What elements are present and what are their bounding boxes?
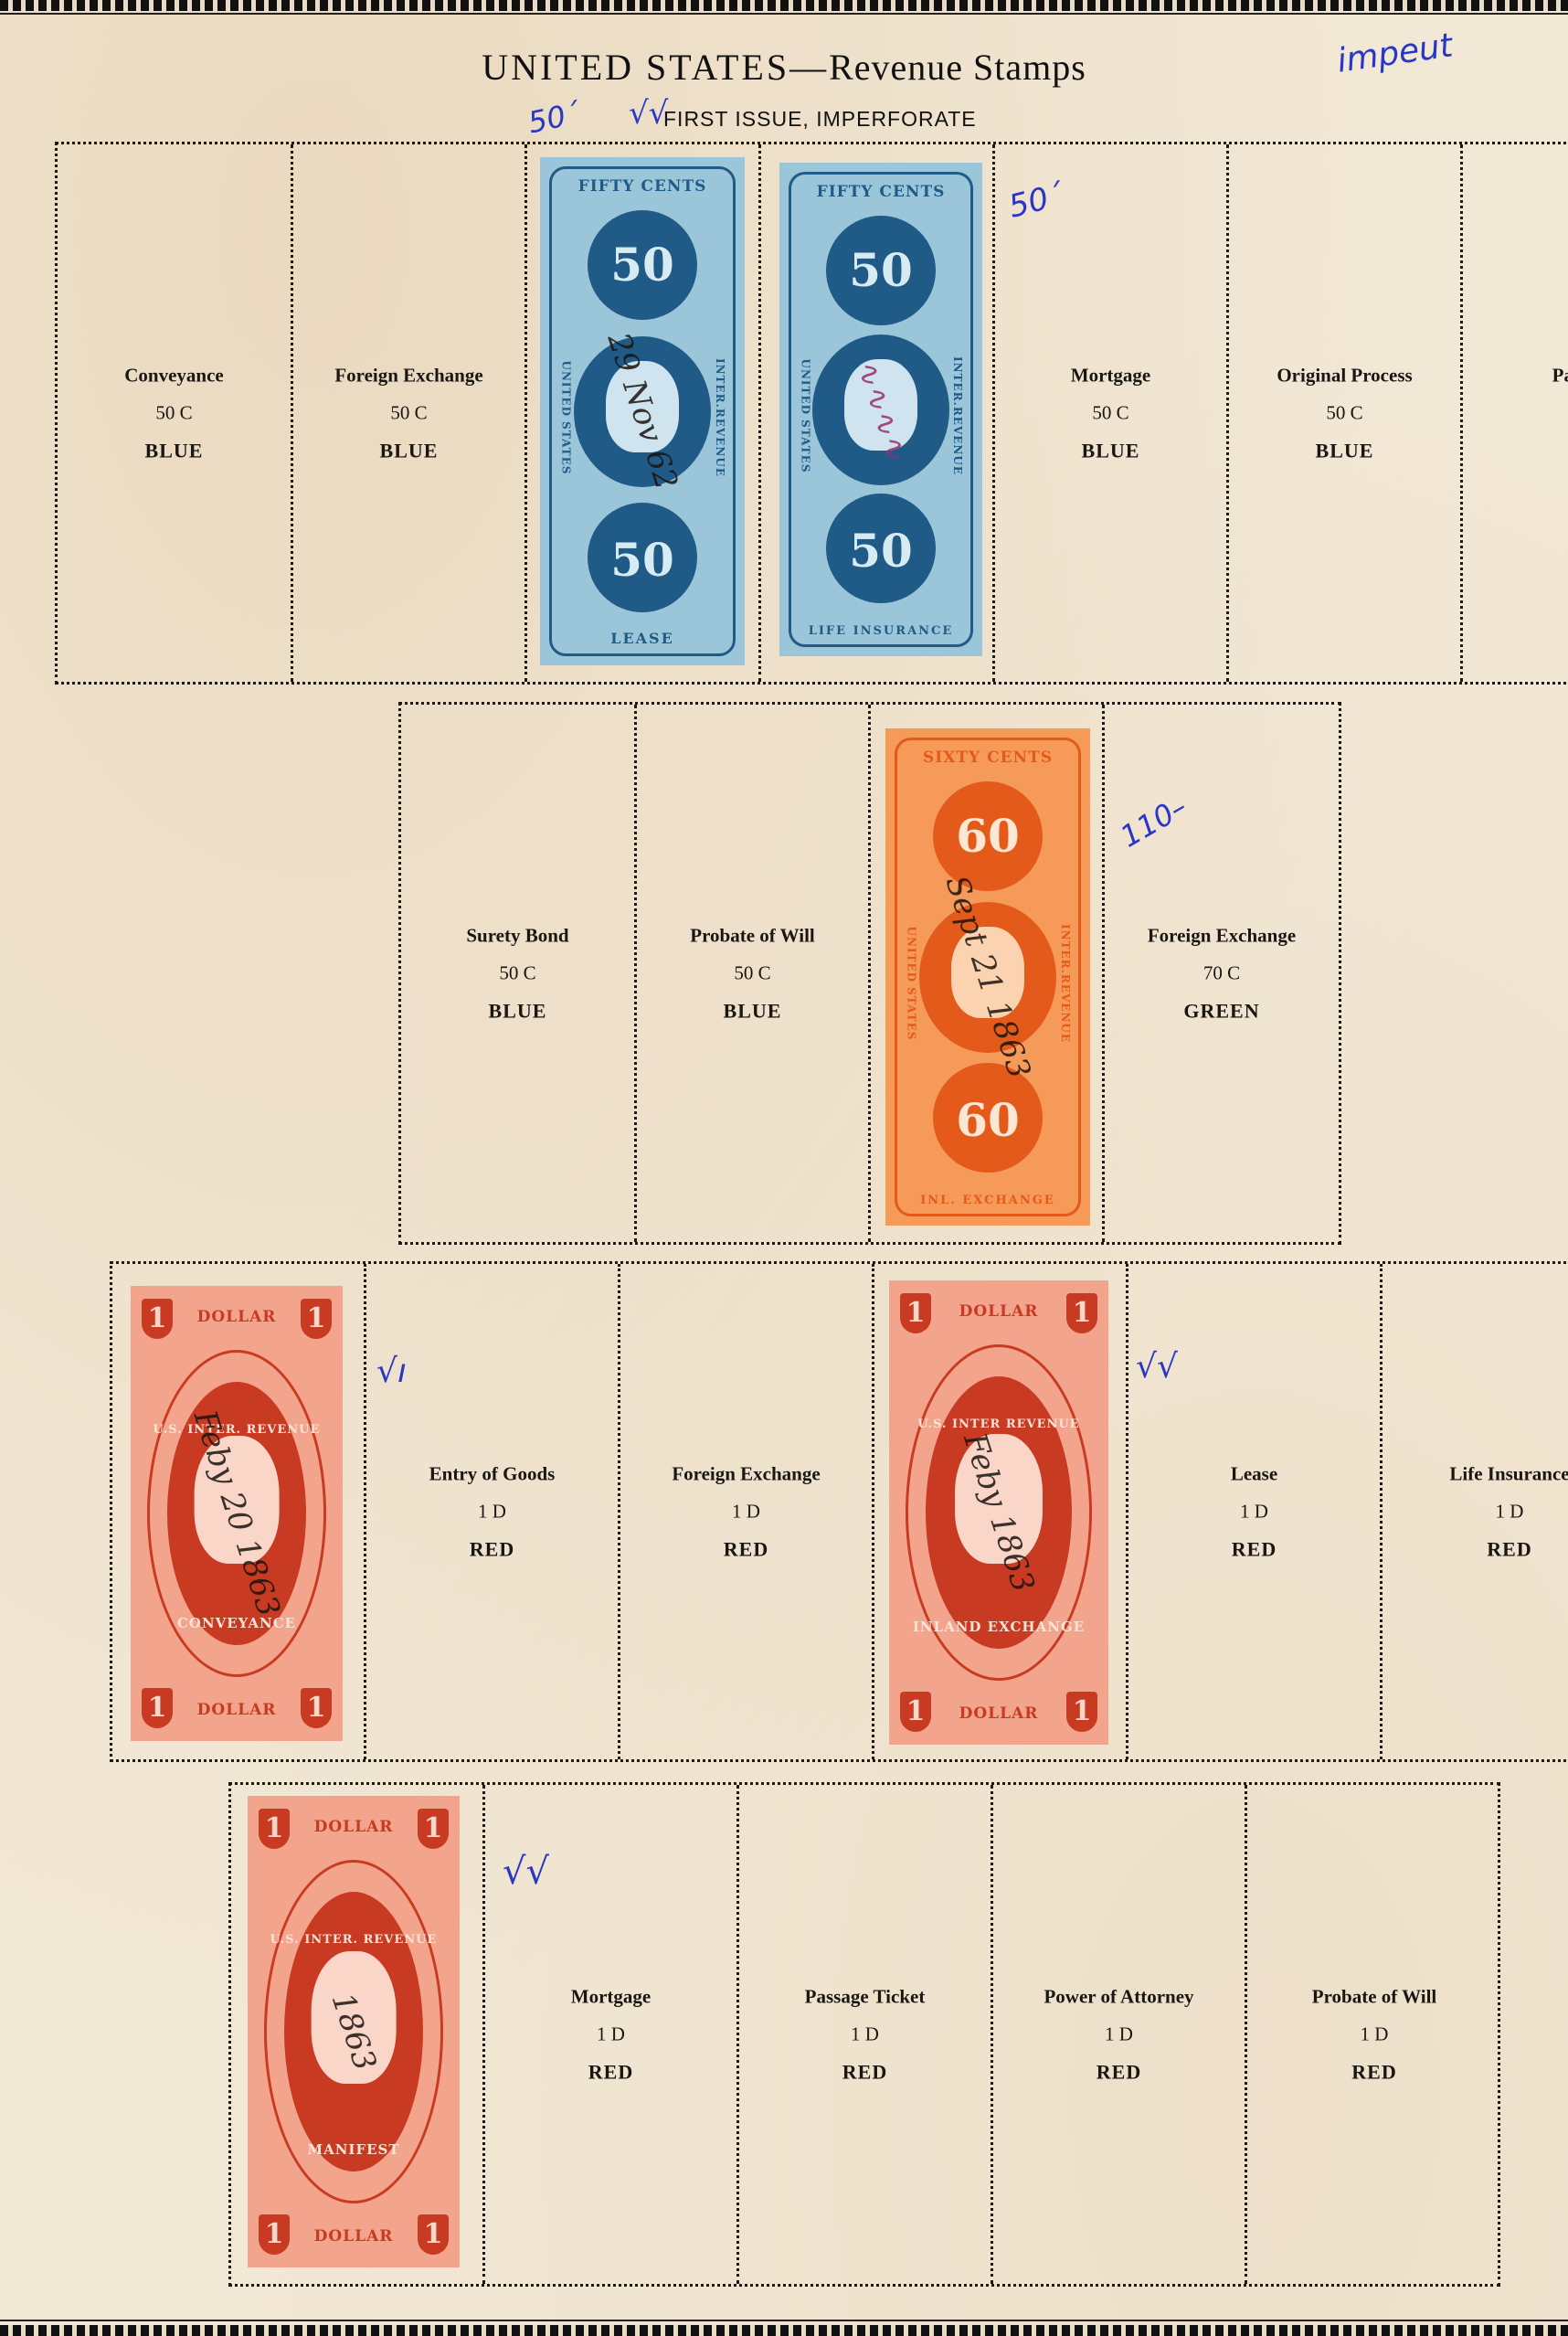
- denomination-numeral: 1: [142, 1299, 173, 1339]
- stamp-color: BLUE: [401, 993, 634, 1030]
- stamp-top-text: SIXTY CENTS: [885, 749, 1090, 767]
- stamp-bottom-text: INL. EXCHANGE: [885, 1194, 1090, 1207]
- stamp-space-filled[interactable]: FIFTY CENTS5050UNITED STATESINTER.REVENU…: [527, 144, 761, 682]
- stamp-space: Foreign Exchange1 DRED: [620, 1264, 874, 1759]
- stamp-space-filled[interactable]: U.S. INTER REVENUEINLAND EXCHANGEDOLLARD…: [874, 1264, 1128, 1759]
- stamp-space: Probate of Will1 DRED: [1247, 1785, 1501, 2284]
- revenue-stamp[interactable]: U.S. INTER. REVENUECONVEYANCEDOLLARDOLLA…: [131, 1286, 343, 1741]
- revenue-stamp[interactable]: U.S. INTER REVENUEINLAND EXCHANGEDOLLARD…: [889, 1280, 1108, 1745]
- stamp-row-3: U.S. INTER. REVENUECONVEYANCEDOLLARDOLLA…: [110, 1261, 1568, 1762]
- space-caption: Mortgage50 CBLUE: [995, 357, 1226, 470]
- stamp-type-text: CONVEYANCE: [131, 1615, 343, 1631]
- space-caption: Passag5BI: [1463, 357, 1568, 470]
- denomination-numeral: 50: [540, 533, 745, 587]
- pencil-note-check: √√: [629, 95, 668, 132]
- revenue-stamp[interactable]: FIFTY CENTS5050UNITED STATESINTER.REVENU…: [540, 157, 745, 665]
- stamp-left-text: UNITED STATES: [906, 926, 918, 1040]
- stamp-right-text: INTER.REVENUE: [951, 356, 964, 475]
- denomination-numeral: 1: [259, 1809, 290, 1849]
- space-caption: Probate of Will1 DRED: [1247, 1979, 1501, 2091]
- stamp-value: 70 C: [1105, 955, 1339, 993]
- denomination-numeral: 50: [779, 524, 982, 578]
- stamp-value: 1 D: [739, 2016, 991, 2054]
- denomination-shield: 1: [900, 1692, 931, 1732]
- stamp-value: 1 D: [620, 1493, 872, 1531]
- stamp-type: Foreign Exchange: [620, 1456, 872, 1493]
- space-caption: Life Insurance1 DRED: [1383, 1456, 1568, 1568]
- denomination-shield: 1: [142, 1688, 173, 1728]
- denomination-shield: 1: [301, 1688, 332, 1728]
- denomination-shield: 1: [1066, 1692, 1097, 1732]
- denomination-shield: 1: [142, 1299, 173, 1339]
- denomination-shield: 1: [259, 1809, 290, 1849]
- space-caption: Power of Attorney1 DRED: [993, 1979, 1245, 2091]
- stamp-space: Original Process50 CBLUE: [1229, 144, 1463, 682]
- stamp-band-text: U.S. INTER. REVENUE: [248, 1933, 460, 1947]
- stamp-value: 5: [1463, 395, 1568, 432]
- stamp-value: 1 D: [1247, 2016, 1501, 2054]
- stamp-type: Original Process: [1229, 357, 1460, 395]
- space-caption: Original Process50 CBLUE: [1229, 357, 1460, 470]
- top-rule: [0, 13, 1568, 15]
- stamp-type: Conveyance: [58, 357, 291, 395]
- denomination-shield: 1: [1066, 1293, 1097, 1333]
- stamp-band-text: U.S. INTER REVENUE: [889, 1418, 1108, 1431]
- stamp-space: Foreign Exchange70 CGREEN: [1105, 705, 1339, 1242]
- denomination-numeral: 50: [779, 243, 982, 297]
- denomination-numeral: 1: [301, 1688, 332, 1728]
- stamp-right-text: INTER.REVENUE: [1059, 924, 1072, 1043]
- denomination-numeral: 1: [1066, 1692, 1097, 1732]
- stamp-value: 1 D: [485, 2016, 736, 2054]
- stamp-value: 50 C: [58, 395, 291, 432]
- stamp-type: Life Insurance: [1383, 1456, 1568, 1493]
- stamp-color: BLUE: [1229, 432, 1460, 470]
- stamp-space: Lease1 DRED: [1128, 1264, 1383, 1759]
- stamp-color: RED: [485, 2054, 736, 2091]
- stamp-type: Foreign Exchange: [293, 357, 524, 395]
- stamp-color: BLUE: [637, 993, 868, 1030]
- stamp-value: 1 D: [366, 1493, 618, 1531]
- stamp-top-text: FIFTY CENTS: [779, 183, 982, 201]
- stamp-space: Passag5BI: [1463, 144, 1568, 682]
- space-caption: Lease1 DRED: [1128, 1456, 1380, 1568]
- revenue-stamp[interactable]: SIXTY CENTS6060UNITED STATESINTER.REVENU…: [885, 728, 1090, 1226]
- stamp-color: RED: [366, 1531, 618, 1568]
- stamp-space: Conveyance50 CBLUE: [58, 144, 293, 682]
- stamp-color: BLUE: [58, 432, 291, 470]
- stamp-space: Foreign Exchange50 CBLUE: [293, 144, 527, 682]
- stamp-color: RED: [1383, 1531, 1568, 1568]
- stamp-space: Mortgage1 DRED: [485, 1785, 739, 2284]
- denomination-shield: 1: [301, 1299, 332, 1339]
- stamp-type: Lease: [1128, 1456, 1380, 1493]
- stamp-top-text: FIFTY CENTS: [540, 177, 745, 196]
- stamp-space: Passage Ticket1 DRED: [739, 1785, 993, 2284]
- stamp-bottom-text: LIFE INSURANCE: [779, 624, 982, 638]
- stamp-space: Entry of Goods1 DRED: [366, 1264, 620, 1759]
- space-caption: Foreign Exchange1 DRED: [620, 1456, 872, 1568]
- stamp-right-text: INTER.REVENUE: [714, 358, 726, 477]
- denomination-numeral: 60: [885, 809, 1090, 863]
- stamp-row-2: Surety Bond50 CBLUEProbate of Will50 CBL…: [398, 702, 1341, 1245]
- stamp-type: Mortgage: [995, 357, 1226, 395]
- stamp-value: 50 C: [1229, 395, 1460, 432]
- space-caption: Entry of Goods1 DRED: [366, 1456, 618, 1568]
- stamp-space: Power of Attorney1 DRED: [993, 1785, 1247, 2284]
- stamp-color: BLUE: [293, 432, 524, 470]
- denomination-shield: 1: [900, 1293, 931, 1333]
- stamp-bottom-text: LEASE: [540, 630, 745, 647]
- denomination-shield: 1: [418, 1809, 449, 1849]
- stamp-row-4: U.S. INTER. REVENUEMANIFESTDOLLARDOLLAR1…: [228, 1782, 1500, 2287]
- space-caption: Surety Bond50 CBLUE: [401, 918, 634, 1030]
- stamp-band-text: U.S. INTER. REVENUE: [131, 1423, 343, 1437]
- stamp-type: Power of Attorney: [993, 1979, 1245, 2016]
- space-caption: Mortgage1 DRED: [485, 1979, 736, 2091]
- stamp-type: Mortgage: [485, 1979, 736, 2016]
- stamp-color: RED: [620, 1531, 872, 1568]
- top-border-ornament: [0, 0, 1568, 11]
- denomination-numeral: 1: [301, 1299, 332, 1339]
- stamp-value: 50 C: [995, 395, 1226, 432]
- stamp-color: BLUE: [995, 432, 1226, 470]
- revenue-stamp[interactable]: U.S. INTER. REVENUEMANIFESTDOLLARDOLLAR1…: [248, 1796, 460, 2267]
- stamp-space: Life Insurance1 DRED: [1383, 1264, 1568, 1759]
- stamp-color: RED: [1247, 2054, 1501, 2091]
- revenue-stamp[interactable]: FIFTY CENTS5050UNITED STATESINTER.REVENU…: [779, 163, 982, 656]
- denomination-numeral: 50: [540, 238, 745, 292]
- stamp-space-filled[interactable]: SIXTY CENTS6060UNITED STATESINTER.REVENU…: [871, 705, 1105, 1242]
- stamp-value: 50 C: [637, 955, 868, 993]
- denomination-shield: 1: [259, 2214, 290, 2255]
- space-caption: Probate of Will50 CBLUE: [637, 918, 868, 1030]
- title-country: UNITED STATES: [482, 47, 789, 88]
- stamp-type: Foreign Exchange: [1105, 918, 1339, 955]
- title-dash: —: [789, 47, 829, 88]
- stamp-space-filled[interactable]: U.S. INTER. REVENUECONVEYANCEDOLLARDOLLA…: [112, 1264, 366, 1759]
- space-caption: Passage Ticket1 DRED: [739, 1979, 991, 2091]
- bottom-border-ornament: [0, 2325, 1568, 2336]
- stamp-color: GREEN: [1105, 993, 1339, 1030]
- space-caption: Foreign Exchange70 CGREEN: [1105, 918, 1339, 1030]
- stamp-type: Passage Ticket: [739, 1979, 991, 2016]
- page-subtitle: FIRST ISSUE, IMPERFORATE: [663, 107, 977, 132]
- stamp-color: RED: [993, 2054, 1245, 2091]
- denomination-shield: 1: [418, 2214, 449, 2255]
- stamp-type: Probate of Will: [1247, 1979, 1501, 2016]
- stamp-value: 1 D: [993, 2016, 1245, 2054]
- denomination-numeral: 1: [900, 1293, 931, 1333]
- stamp-value: 1 D: [1383, 1493, 1568, 1531]
- space-caption: Foreign Exchange50 CBLUE: [293, 357, 524, 470]
- denomination-numeral: 1: [418, 2214, 449, 2255]
- stamp-value: 1 D: [1128, 1493, 1380, 1531]
- denomination-numeral: 1: [418, 1809, 449, 1849]
- denomination-numeral: 1: [900, 1692, 931, 1732]
- stamp-left-text: UNITED STATES: [800, 358, 812, 473]
- stamp-space-filled[interactable]: FIFTY CENTS5050UNITED STATESINTER.REVENU…: [761, 144, 995, 682]
- denomination-numeral: 1: [259, 2214, 290, 2255]
- stamp-color: RED: [739, 2054, 991, 2091]
- stamp-space: Probate of Will50 CBLUE: [637, 705, 871, 1242]
- stamp-type: Probate of Will: [637, 918, 868, 955]
- denomination-numeral: 1: [142, 1688, 173, 1728]
- stamp-space: Surety Bond50 CBLUE: [401, 705, 637, 1242]
- denomination-numeral: 1: [1066, 1293, 1097, 1333]
- stamp-space-filled[interactable]: U.S. INTER. REVENUEMANIFESTDOLLARDOLLAR1…: [231, 1785, 485, 2284]
- denomination-numeral: 60: [885, 1093, 1090, 1147]
- stamp-type: Entry of Goods: [366, 1456, 618, 1493]
- stamp-left-text: UNITED STATES: [560, 360, 573, 474]
- page-title: UNITED STATES—Revenue Stamps: [0, 46, 1568, 89]
- stamp-value: 50 C: [401, 955, 634, 993]
- stamp-color: BI: [1463, 432, 1568, 470]
- stamp-type: Passag: [1463, 357, 1568, 395]
- stamp-type-text: MANIFEST: [248, 2141, 460, 2158]
- space-caption: Conveyance50 CBLUE: [58, 357, 291, 470]
- stamp-space: Mortgage50 CBLUE: [995, 144, 1229, 682]
- stamp-color: RED: [1128, 1531, 1380, 1568]
- stamp-row-1: Conveyance50 CBLUEForeign Exchange50 CBL…: [55, 142, 1568, 685]
- stamp-type-text: INLAND EXCHANGE: [889, 1619, 1108, 1635]
- stamp-value: 50 C: [293, 395, 524, 432]
- stamp-type: Surety Bond: [401, 918, 634, 955]
- title-section: Revenue Stamps: [829, 47, 1086, 88]
- bottom-rule: [0, 2320, 1568, 2321]
